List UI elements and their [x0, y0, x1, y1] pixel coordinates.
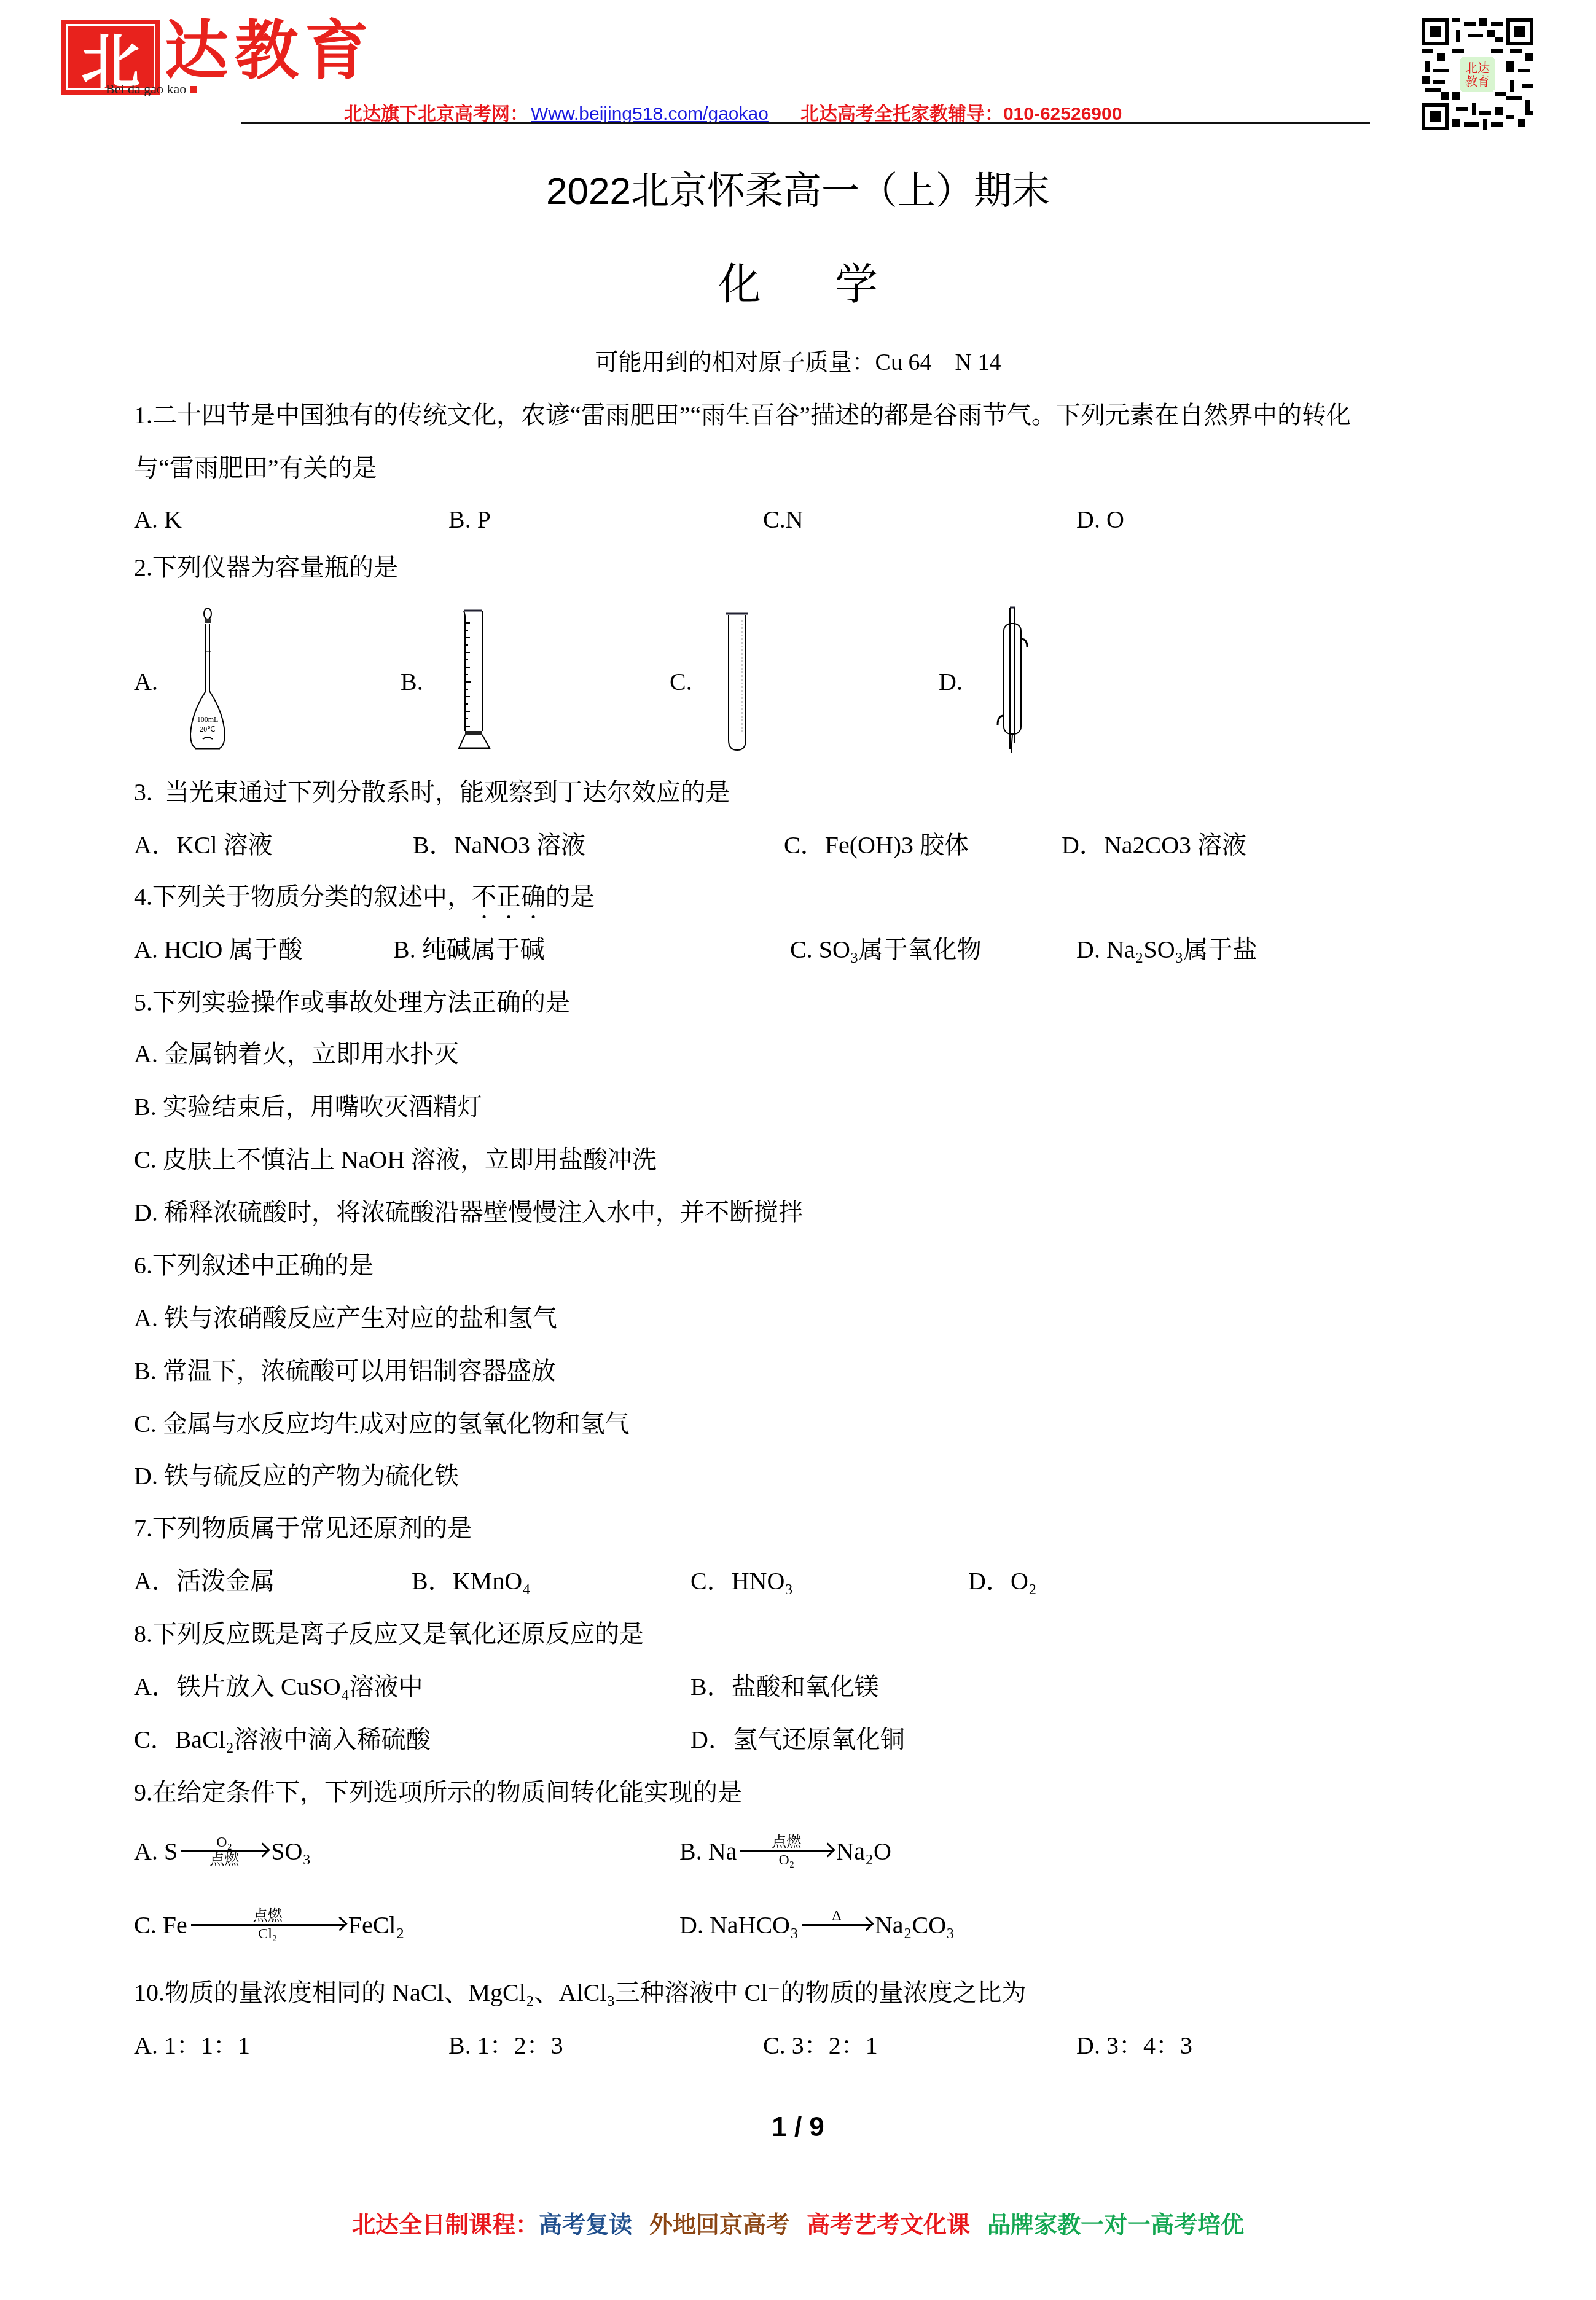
question-4-stem: 4.下列关于物质分类的叙述中，不正确的是	[134, 882, 595, 912]
footer-item-repeat: 高考复读	[539, 2212, 632, 2238]
svg-text:20℃: 20℃	[200, 725, 215, 733]
question-3-stem: 3. 当光束通过下列分散系时，能观察到丁达尔效应的是	[134, 778, 730, 807]
question-4-option-c: C. SO₃属于氧化物	[790, 935, 982, 964]
question-9-option-a: A. S O₂ 点燃 SO₃	[134, 1834, 311, 1868]
question-2-stem: 2.下列仪器为容量瓶的是	[134, 553, 398, 582]
question-9-option-b: B. Na 点燃 O₂ Na₂O	[679, 1834, 891, 1868]
reaction-arrow-icon: 点燃 O₂	[740, 1834, 832, 1868]
question-4-option-d: D. Na₂SO₃属于盐	[1076, 935, 1258, 964]
question-2-option-c-label: C.	[670, 667, 692, 697]
question-10-stem: 10.物质的量浓度相同的 NaCl、MgCl₂、AlCl₃三种溶液中 Cl⁻的物…	[134, 1978, 1026, 2008]
question-1-stem-line2: 与“雷雨肥田”有关的是	[134, 453, 377, 483]
svg-text:100mL: 100mL	[197, 715, 219, 724]
test-tube-icon	[725, 611, 749, 753]
question-9-option-c: C. Fe 点燃 Cl₂ FeCl₂	[134, 1908, 404, 1942]
question-7-stem: 7.下列物质属于常见还原剂的是	[134, 1514, 472, 1543]
question-1-option-d: D. O	[1076, 505, 1124, 534]
logo-subtitle: Bei da gao kao	[106, 81, 197, 97]
subject-heading: 化学	[0, 257, 1596, 312]
red-square-icon	[190, 86, 197, 93]
emphasis-char: 确	[521, 883, 546, 910]
question-3-option-d: D．Na2CO3 溶液	[1062, 831, 1246, 860]
question-6-option-c: C. 金属与水反应均生成对应的氢氧化物和氢气	[134, 1409, 630, 1439]
question-3-option-a: A．KCl 溶液	[134, 831, 273, 860]
question-1-option-c: C.N	[763, 505, 804, 534]
page-number: 1 / 9	[0, 2112, 1596, 2143]
question-7-option-b: B．KMnO₄	[412, 1567, 531, 1596]
question-10-option-b: B. 1：2：3	[448, 2031, 563, 2060]
question-1-option-a: A. K	[134, 505, 182, 534]
question-10-option-a: A. 1：1：1	[134, 2031, 250, 2060]
question-10-option-d: D. 3：4：3	[1076, 2031, 1192, 2060]
question-8-option-d: D．氢气还原氧化铜	[690, 1725, 905, 1754]
question-8-option-c: C．BaCl₂溶液中滴入稀硫酸	[134, 1725, 431, 1754]
svg-text:教育: 教育	[1465, 74, 1490, 89]
exam-title: 2022北京怀柔高一（上）期末	[0, 167, 1596, 216]
footer-ad: 北达全日制课程：高考复读外地回京高考高考艺考文化课品牌家教一对一高考培优	[0, 2205, 1596, 2239]
qr-center-logo: 北达	[1465, 61, 1490, 76]
footer-item-return: 外地回京高考	[649, 2212, 789, 2238]
qr-code-icon: 北达 教育	[1422, 18, 1533, 130]
question-7-option-d: D．O₂	[968, 1567, 1037, 1596]
question-4-option-a: A. HClO 属于酸	[134, 935, 302, 964]
question-8-option-a: A．铁片放入 CuSO₄溶液中	[134, 1672, 423, 1702]
question-6-option-d: D. 铁与硫反应的产物为硫化铁	[134, 1461, 459, 1491]
logo-text: 达教育	[165, 17, 375, 85]
question-5-stem: 5.下列实验操作或事故处理方法正确的是	[134, 988, 570, 1017]
question-1-stem-line1: 1.二十四节是中国独有的传统文化，农谚“雷雨肥田”“雨生百谷”描述的都是谷雨节气…	[134, 401, 1351, 430]
question-4-option-b: B. 纯碱属于碱	[393, 935, 545, 964]
question-2-option-b-label: B.	[401, 667, 423, 697]
reaction-arrow-icon: O₂ 点燃	[181, 1834, 267, 1868]
question-8-stem: 8.下列反应既是离子反应又是氧化还原反应的是	[134, 1619, 644, 1649]
question-3-option-c: C．Fe(OH)3 胶体	[784, 831, 969, 860]
logo-subtitle-text: Bei da gao kao	[106, 81, 186, 96]
question-2-option-a-label: A.	[134, 667, 158, 697]
header-divider	[241, 122, 1370, 124]
question-5-option-c: C. 皮肤上不慎沾上 NaOH 溶液，立即用盐酸冲洗	[134, 1145, 657, 1175]
emphasis-char: 正	[496, 883, 521, 910]
footer-item-art: 高考艺考文化课	[807, 2212, 970, 2238]
emphasis-char: 不	[472, 883, 496, 910]
question-5-option-d: D. 稀释浓硫酸时，将浓硫酸沿器壁慢慢注入水中，并不断搅拌	[134, 1198, 803, 1227]
question-5-option-b: B. 实验结束后，用嘴吹灭酒精灯	[134, 1092, 482, 1122]
question-2-option-d-label: D.	[939, 667, 963, 697]
graduated-cylinder-icon	[458, 608, 492, 753]
reaction-arrow-icon: 点燃 Cl₂	[191, 1908, 345, 1942]
volumetric-flask-icon: 100mL 20℃	[186, 605, 230, 759]
footer-label: 北达全日制课程：	[352, 2212, 539, 2238]
question-1-option-b: B. P	[448, 505, 491, 534]
question-6-option-b: B. 常温下，浓硫酸可以用铝制容器盛放	[134, 1356, 556, 1386]
question-7-option-a: A．活泼金属	[134, 1567, 275, 1596]
question-10-option-c: C. 3：2：1	[763, 2031, 878, 2060]
reaction-arrow-icon: Δ	[802, 1908, 871, 1942]
atomic-mass-note: 可能用到的相对原子质量：Cu 64 N 14	[0, 348, 1596, 377]
question-9-option-d: D. NaHCO₃ Δ Na₂CO₃	[679, 1908, 955, 1942]
question-7-option-c: C．HNO₃	[690, 1567, 793, 1596]
condenser-icon	[995, 605, 1030, 756]
footer-item-tutor: 品牌家教一对一高考培优	[987, 2212, 1244, 2238]
question-6-stem: 6.下列叙述中正确的是	[134, 1251, 374, 1280]
question-5-option-a: A. 金属钠着火，立即用水扑灭	[134, 1039, 459, 1069]
question-6-option-a: A. 铁与浓硝酸反应产生对应的盐和氢气	[134, 1304, 557, 1333]
question-9-stem: 9.在给定条件下，下列选项所示的物质间转化能实现的是	[134, 1778, 742, 1807]
question-8-option-b: B．盐酸和氧化镁	[690, 1672, 879, 1702]
question-3-option-b: B．NaNO3 溶液	[413, 831, 585, 860]
